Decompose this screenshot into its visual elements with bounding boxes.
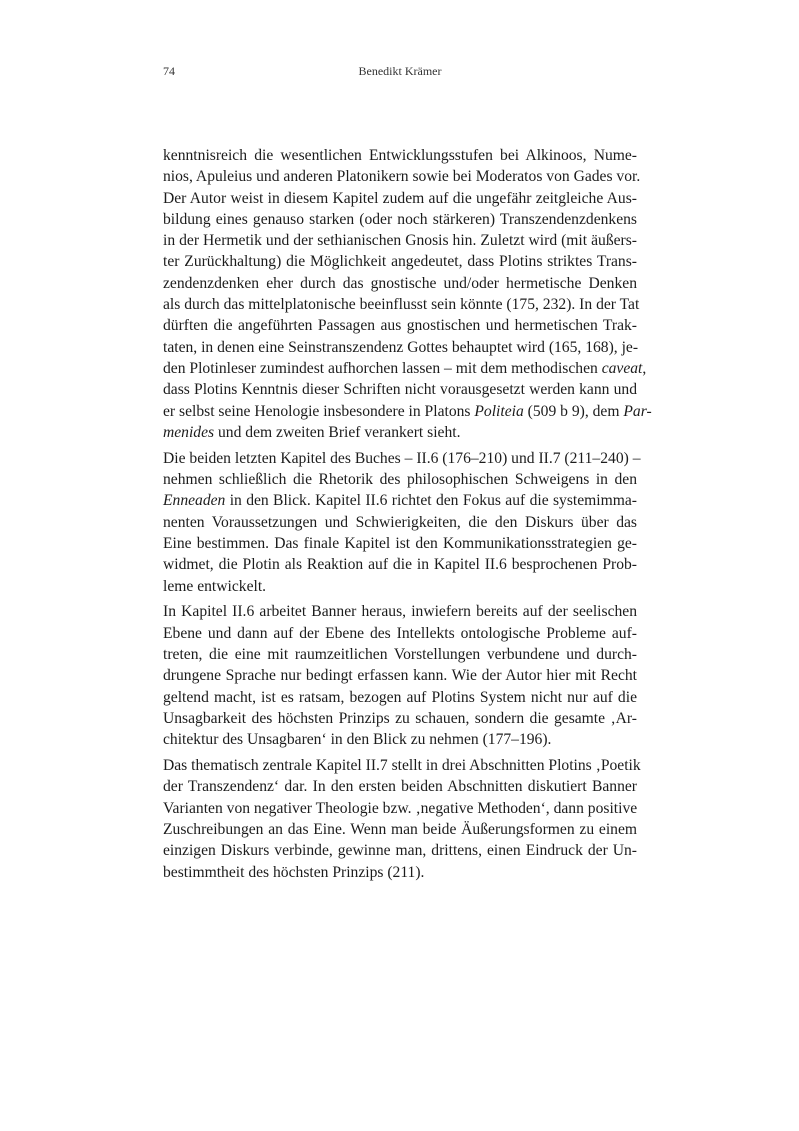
- text-run: geltend macht, ist es ratsam, bezogen au…: [163, 689, 637, 706]
- text-run: dass Plotins Kenntnis dieser Schriften n…: [163, 381, 637, 398]
- italic-text: Enneaden: [163, 492, 225, 509]
- text-line: ter Zurückhaltung) die Möglichkeit anged…: [163, 251, 637, 272]
- paragraph: In Kapitel II.6 arbeitet Banner heraus, …: [163, 601, 637, 750]
- text-run: Ebene und dann auf der Ebene des Intelle…: [163, 625, 637, 642]
- text-run: Varianten von negativer Theologie bzw. ‚…: [163, 800, 637, 817]
- text-run: Das thematisch zentrale Kapitel II.7 ste…: [163, 757, 641, 774]
- text-line: drungene Sprache nur bedingt erfassen ka…: [163, 665, 637, 686]
- body-text: kenntnisreich die wesentlichen Entwicklu…: [163, 145, 637, 887]
- text-line: dürften die angeführten Passagen aus gno…: [163, 315, 637, 336]
- text-run: Unsagbarkeit des höchsten Prinzips zu sc…: [163, 710, 637, 727]
- text-run: ,: [642, 360, 646, 377]
- text-run: (509 b 9), dem: [524, 403, 624, 420]
- text-line: als durch das mittelplatonische beeinflu…: [163, 294, 637, 315]
- text-line: bestimmtheit des höchsten Prinzips (211)…: [163, 862, 637, 883]
- text-run: der Transzendenz‘ dar. In den ersten bei…: [163, 778, 637, 795]
- text-line: Unsagbarkeit des höchsten Prinzips zu sc…: [163, 708, 637, 729]
- text-run: leme entwickelt.: [163, 578, 266, 595]
- italic-text: Par-: [623, 403, 651, 420]
- text-line: Ebene und dann auf der Ebene des Intelle…: [163, 623, 637, 644]
- text-run: Zuschreibungen an das Eine. Wenn man bei…: [163, 821, 637, 838]
- text-run: in den Blick. Kapitel II.6 richtet den F…: [225, 492, 637, 509]
- text-line: Eine bestimmen. Das finale Kapitel ist d…: [163, 533, 637, 554]
- text-run: widmet, die Plotin als Reaktion auf die …: [163, 556, 637, 573]
- text-line: widmet, die Plotin als Reaktion auf die …: [163, 554, 637, 575]
- text-line: der Transzendenz‘ dar. In den ersten bei…: [163, 776, 637, 797]
- text-run: Die beiden letzten Kapitel des Buches – …: [163, 450, 641, 467]
- text-line: menides und dem zweiten Brief verankert …: [163, 422, 637, 443]
- text-line: Enneaden in den Blick. Kapitel II.6 rich…: [163, 490, 637, 511]
- text-line: nios, Apuleius und anderen Platonikern s…: [163, 166, 637, 187]
- text-line: er selbst seine Henologie insbesondere i…: [163, 401, 637, 422]
- text-line: nehmen schließlich die Rhetorik des phil…: [163, 469, 637, 490]
- text-line: Zuschreibungen an das Eine. Wenn man bei…: [163, 819, 637, 840]
- text-line: in der Hermetik und der sethianischen Gn…: [163, 230, 637, 251]
- italic-text: caveat: [602, 360, 643, 377]
- text-run: bestimmtheit des höchsten Prinzips (211)…: [163, 864, 424, 881]
- text-run: als durch das mittelplatonische beeinflu…: [163, 296, 639, 313]
- text-line: Varianten von negativer Theologie bzw. ‚…: [163, 798, 637, 819]
- text-run: taten, in denen eine Seinstranszendenz G…: [163, 339, 638, 356]
- text-line: geltend macht, ist es ratsam, bezogen au…: [163, 687, 637, 708]
- text-run: zendenzdenken eher durch das gnostische …: [163, 275, 637, 292]
- text-run: ter Zurückhaltung) die Möglichkeit anged…: [163, 253, 637, 270]
- text-run: treten, die eine mit raumzeitlichen Vors…: [163, 646, 637, 663]
- text-line: taten, in denen eine Seinstranszendenz G…: [163, 337, 637, 358]
- text-run: In Kapitel II.6 arbeitet Banner heraus, …: [163, 603, 637, 620]
- text-run: dürften die angeführten Passagen aus gno…: [163, 317, 637, 334]
- paragraph: Das thematisch zentrale Kapitel II.7 ste…: [163, 755, 637, 883]
- text-run: in der Hermetik und der sethianischen Gn…: [163, 232, 637, 249]
- italic-text: Politeia: [474, 403, 523, 420]
- text-line: leme entwickelt.: [163, 576, 637, 597]
- text-line: einzigen Diskurs verbinde, gewinne man, …: [163, 840, 637, 861]
- text-line: Das thematisch zentrale Kapitel II.7 ste…: [163, 755, 637, 776]
- text-line: treten, die eine mit raumzeitlichen Vors…: [163, 644, 637, 665]
- text-line: chitektur des Unsagbaren‘ in den Blick z…: [163, 729, 637, 750]
- text-run: nenten Voraussetzungen und Schwierigkeit…: [163, 514, 637, 531]
- text-run: Eine bestimmen. Das finale Kapitel ist d…: [163, 535, 637, 552]
- text-run: bildung eines genauso starken (oder noch…: [163, 211, 637, 228]
- text-run: chitektur des Unsagbaren‘ in den Blick z…: [163, 731, 551, 748]
- text-line: In Kapitel II.6 arbeitet Banner heraus, …: [163, 601, 637, 622]
- paragraph: Die beiden letzten Kapitel des Buches – …: [163, 448, 637, 597]
- text-line: den Plotinleser zumindest aufhorchen las…: [163, 358, 637, 379]
- text-run: und dem zweiten Brief verankert sieht.: [214, 424, 460, 441]
- text-line: zendenzdenken eher durch das gnostische …: [163, 273, 637, 294]
- text-line: Die beiden letzten Kapitel des Buches – …: [163, 448, 637, 469]
- text-run: einzigen Diskurs verbinde, gewinne man, …: [163, 842, 637, 859]
- text-line: kenntnisreich die wesentlichen Entwicklu…: [163, 145, 637, 166]
- paragraph: kenntnisreich die wesentlichen Entwicklu…: [163, 145, 637, 443]
- text-run: kenntnisreich die wesentlichen Entwicklu…: [163, 147, 637, 164]
- text-run: nehmen schließlich die Rhetorik des phil…: [163, 471, 637, 488]
- text-run: nios, Apuleius und anderen Platonikern s…: [163, 168, 640, 185]
- text-run: drungene Sprache nur bedingt erfassen ka…: [163, 667, 637, 684]
- text-line: bildung eines genauso starken (oder noch…: [163, 209, 637, 230]
- running-title: Benedikt Krämer: [163, 63, 637, 79]
- text-line: Der Autor weist in diesem Kapitel zudem …: [163, 188, 637, 209]
- text-run: er selbst seine Henologie insbesondere i…: [163, 403, 474, 420]
- italic-text: menides: [163, 424, 214, 441]
- text-run: den Plotinleser zumindest aufhorchen las…: [163, 360, 602, 377]
- text-line: dass Plotins Kenntnis dieser Schriften n…: [163, 379, 637, 400]
- text-line: nenten Voraussetzungen und Schwierigkeit…: [163, 512, 637, 533]
- text-run: Der Autor weist in diesem Kapitel zudem …: [163, 190, 637, 207]
- running-head: 74 Benedikt Krämer: [163, 63, 637, 79]
